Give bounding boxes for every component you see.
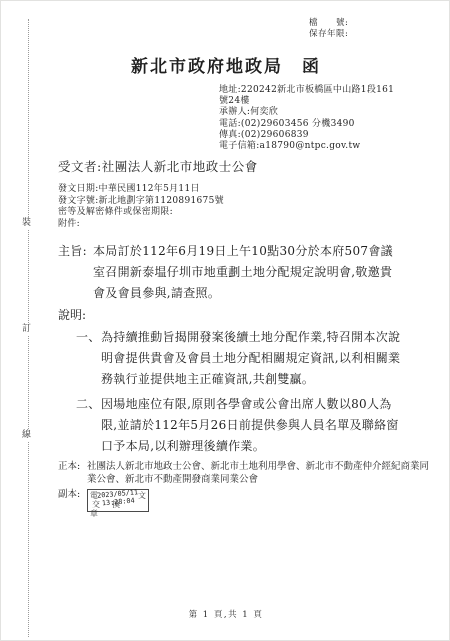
file-number-block: 檔 號: 保存年限:: [309, 18, 348, 39]
explanation-label: 說明:: [58, 307, 404, 323]
binding-mark-ding: 訂: [22, 323, 31, 335]
document-meta-block: 發文日期:中華民國112年5月11日 發文字號:新北地劃字第1120891675…: [58, 184, 404, 230]
letter-body: 受文者:社團法人新北市地政士公會 發文日期:中華民國112年5月11日 發文字號…: [58, 159, 404, 457]
sender-phone: 電話:(02)29603456 分機3490: [219, 119, 449, 130]
file-number-label: 檔 號:: [309, 18, 348, 29]
item-2-number: 二、: [76, 394, 101, 415]
sender-address-line1: 地址:220242新北市板橋區中山路1段161: [219, 85, 449, 96]
issue-date-line: 發文日期:中華民國112年5月11日: [58, 184, 404, 196]
sender-fax: 傳真:(02)29606839: [219, 130, 449, 141]
sender-contact-person: 承辦人:何奕欣: [219, 107, 449, 118]
retention-period-label: 保存年限:: [309, 29, 348, 40]
binding-mark-zhuang: 裝: [22, 217, 31, 229]
distribution-block: 正本: 社團法人新北市地政士公會、新北市土地利用學會、新北市不動產仲介經紀商業同…: [58, 461, 430, 512]
original-copy-recipients: 社團法人新北市地政士公會、新北市土地利用學會、新北市不動產仲介經紀商業同業公會、…: [87, 461, 429, 485]
subject-text: 本局訂於112年6月19日上午10點30分於本府507會議室召開新泰塭仔圳市地重…: [93, 244, 393, 300]
page-number-footer: 第 1 頁,共 1 頁: [1, 608, 450, 620]
binding-mark-xian: 線: [22, 429, 31, 441]
electronic-exchange-stamp: 電 文 交換章 2023/05/11 13:28:04: [87, 489, 149, 512]
original-copy-label: 正本:: [58, 461, 80, 474]
carbon-copy-row: 副本: 電 文 交換章 2023/05/11 13:28:04: [58, 489, 430, 512]
security-class-line: 密等及解密條件或保密期限:: [58, 207, 404, 219]
explanation-item-2: 二、 因場地座位有限,原則各學會或公會出席人數以80人為限,並請於112年5月2…: [58, 394, 404, 457]
item-1-number: 一、: [76, 327, 101, 348]
carbon-copy-label: 副本:: [58, 489, 87, 502]
sender-info-block: 地址:220242新北市板橋區中山路1段161 號24樓 承辦人:何奕欣 電話:…: [219, 85, 449, 152]
document-title: 新北市政府地政局 函: [1, 52, 450, 77]
issue-number-line: 發文字號:新北地劃字第1120891675號: [58, 196, 404, 208]
subject-label: 主旨:: [58, 241, 87, 262]
attachment-line: 附件:: [58, 219, 404, 231]
official-letter-page: 裝 訂 線 檔 號: 保存年限: 新北市政府地政局 函 地址:220242新北市…: [0, 0, 450, 641]
explanation-item-1: 一、 為持續推動旨揭開發案後續土地分配作業,特召開本次說明會提供貴會及會員土地分…: [58, 327, 404, 390]
recipient-line: 受文者:社團法人新北市地政士公會: [58, 159, 404, 175]
item-1-text: 為持續推動旨揭開發案後續土地分配作業,特召開本次說明會提供貴會及會員土地分配相關…: [101, 330, 400, 386]
subject-section: 主旨: 本局訂於112年6月19日上午10點30分於本府507會議室召開新泰塭仔…: [58, 241, 404, 304]
item-2-text: 因場地座位有限,原則各學會或公會出席人數以80人為限,並請於112年5月26日前…: [101, 397, 399, 453]
sender-address-line2: 號24樓: [219, 96, 449, 107]
sender-email: 電子信箱:a18790@ntpc.gov.tw: [219, 141, 449, 152]
original-copy-row: 正本: 社團法人新北市地政士公會、新北市土地利用學會、新北市不動產仲介經紀商業同…: [58, 461, 430, 486]
